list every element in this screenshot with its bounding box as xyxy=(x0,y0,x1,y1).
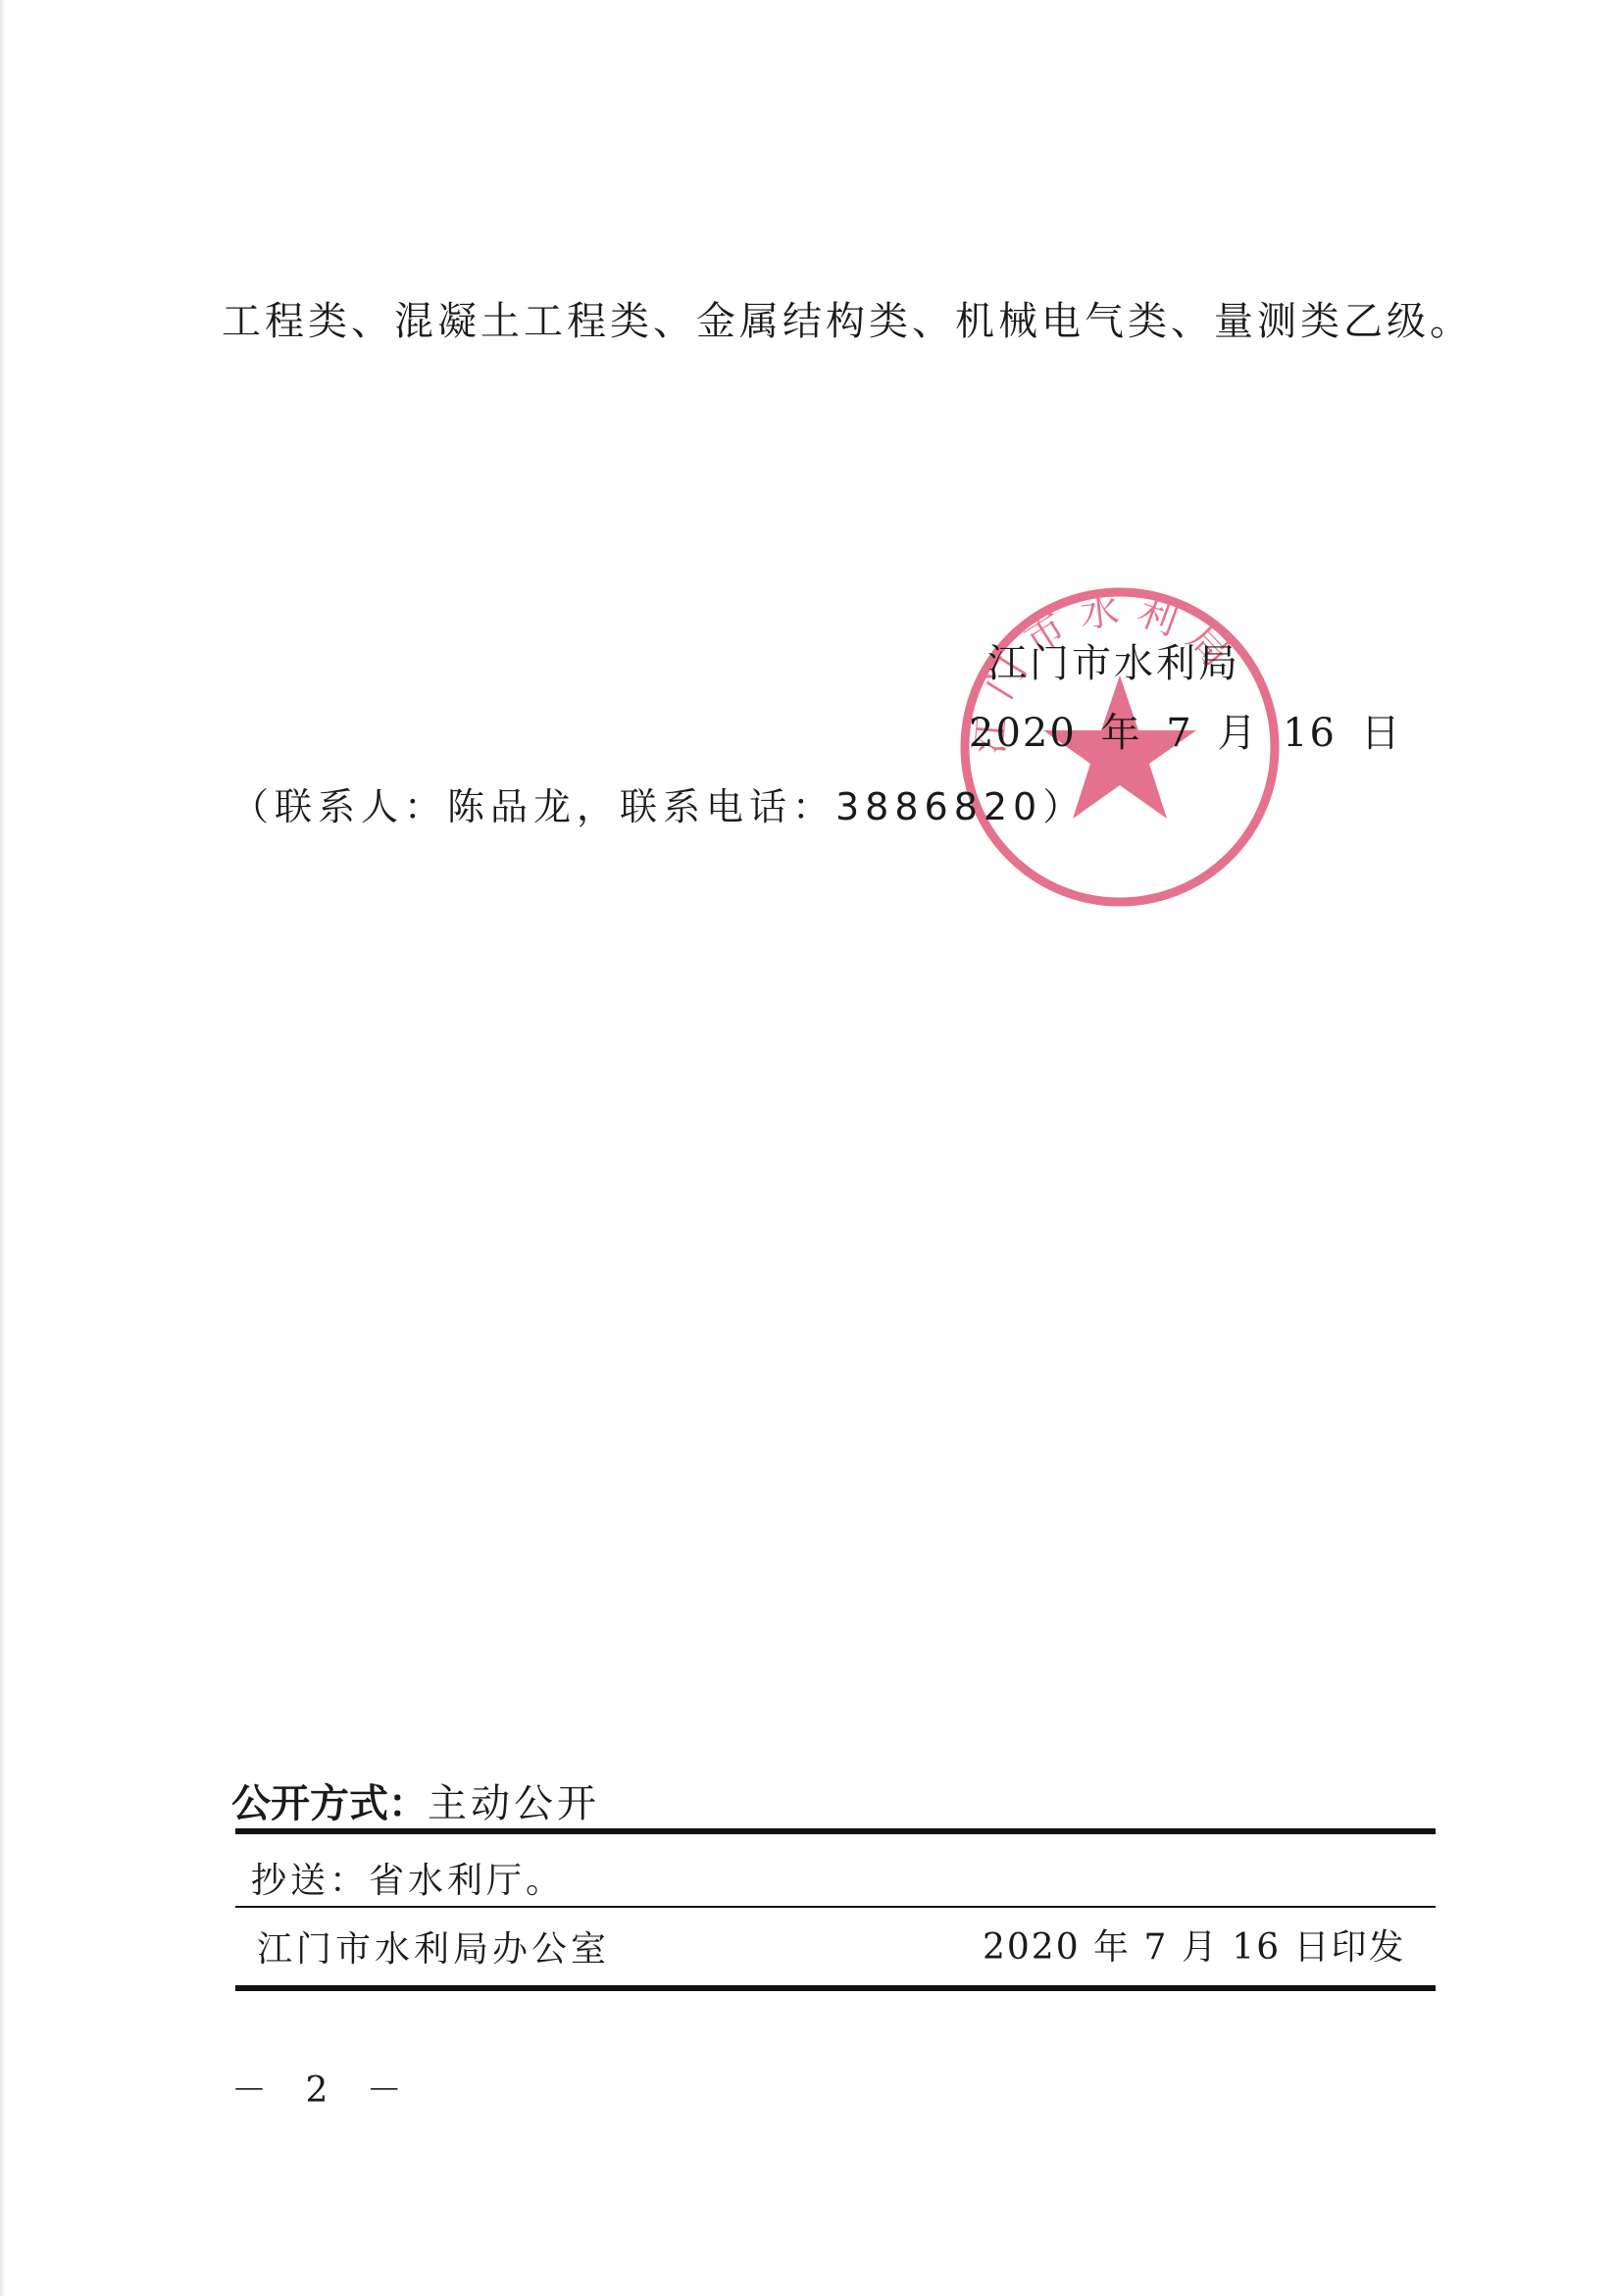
signature-organization: 江门市水利局 xyxy=(987,632,1240,688)
signature-date: 2020 年 7 月 16 日 xyxy=(969,702,1402,758)
divider-bottom xyxy=(235,1985,1436,1991)
document-page: 工程类、混凝土工程类、金属结构类、机械电气类、量测类乙级。 江门市水利局 江门市… xyxy=(0,0,1616,2296)
disclosure-method: 公开方式：主动公开 xyxy=(231,1772,600,1828)
cc-recipients: 抄送：省水利厅。 xyxy=(251,1853,565,1903)
contact-info: （联系人：陈品龙，联系电话：3886820） xyxy=(231,776,1086,830)
disclosure-value: 主动公开 xyxy=(428,1781,600,1826)
issue-date: 2020 年 7 月 16 日印发 xyxy=(983,1920,1406,1970)
scan-edge xyxy=(0,0,6,2296)
disclosure-label: 公开方式： xyxy=(231,1781,428,1826)
body-text: 工程类、混凝土工程类、金属结构类、机械电气类、量测类乙级。 xyxy=(222,290,1473,346)
divider-middle xyxy=(235,1906,1436,1908)
issuing-office: 江门市水利局办公室 xyxy=(257,1922,610,1972)
divider-top xyxy=(235,1828,1436,1834)
page-number: － 2 － xyxy=(231,2063,416,2113)
